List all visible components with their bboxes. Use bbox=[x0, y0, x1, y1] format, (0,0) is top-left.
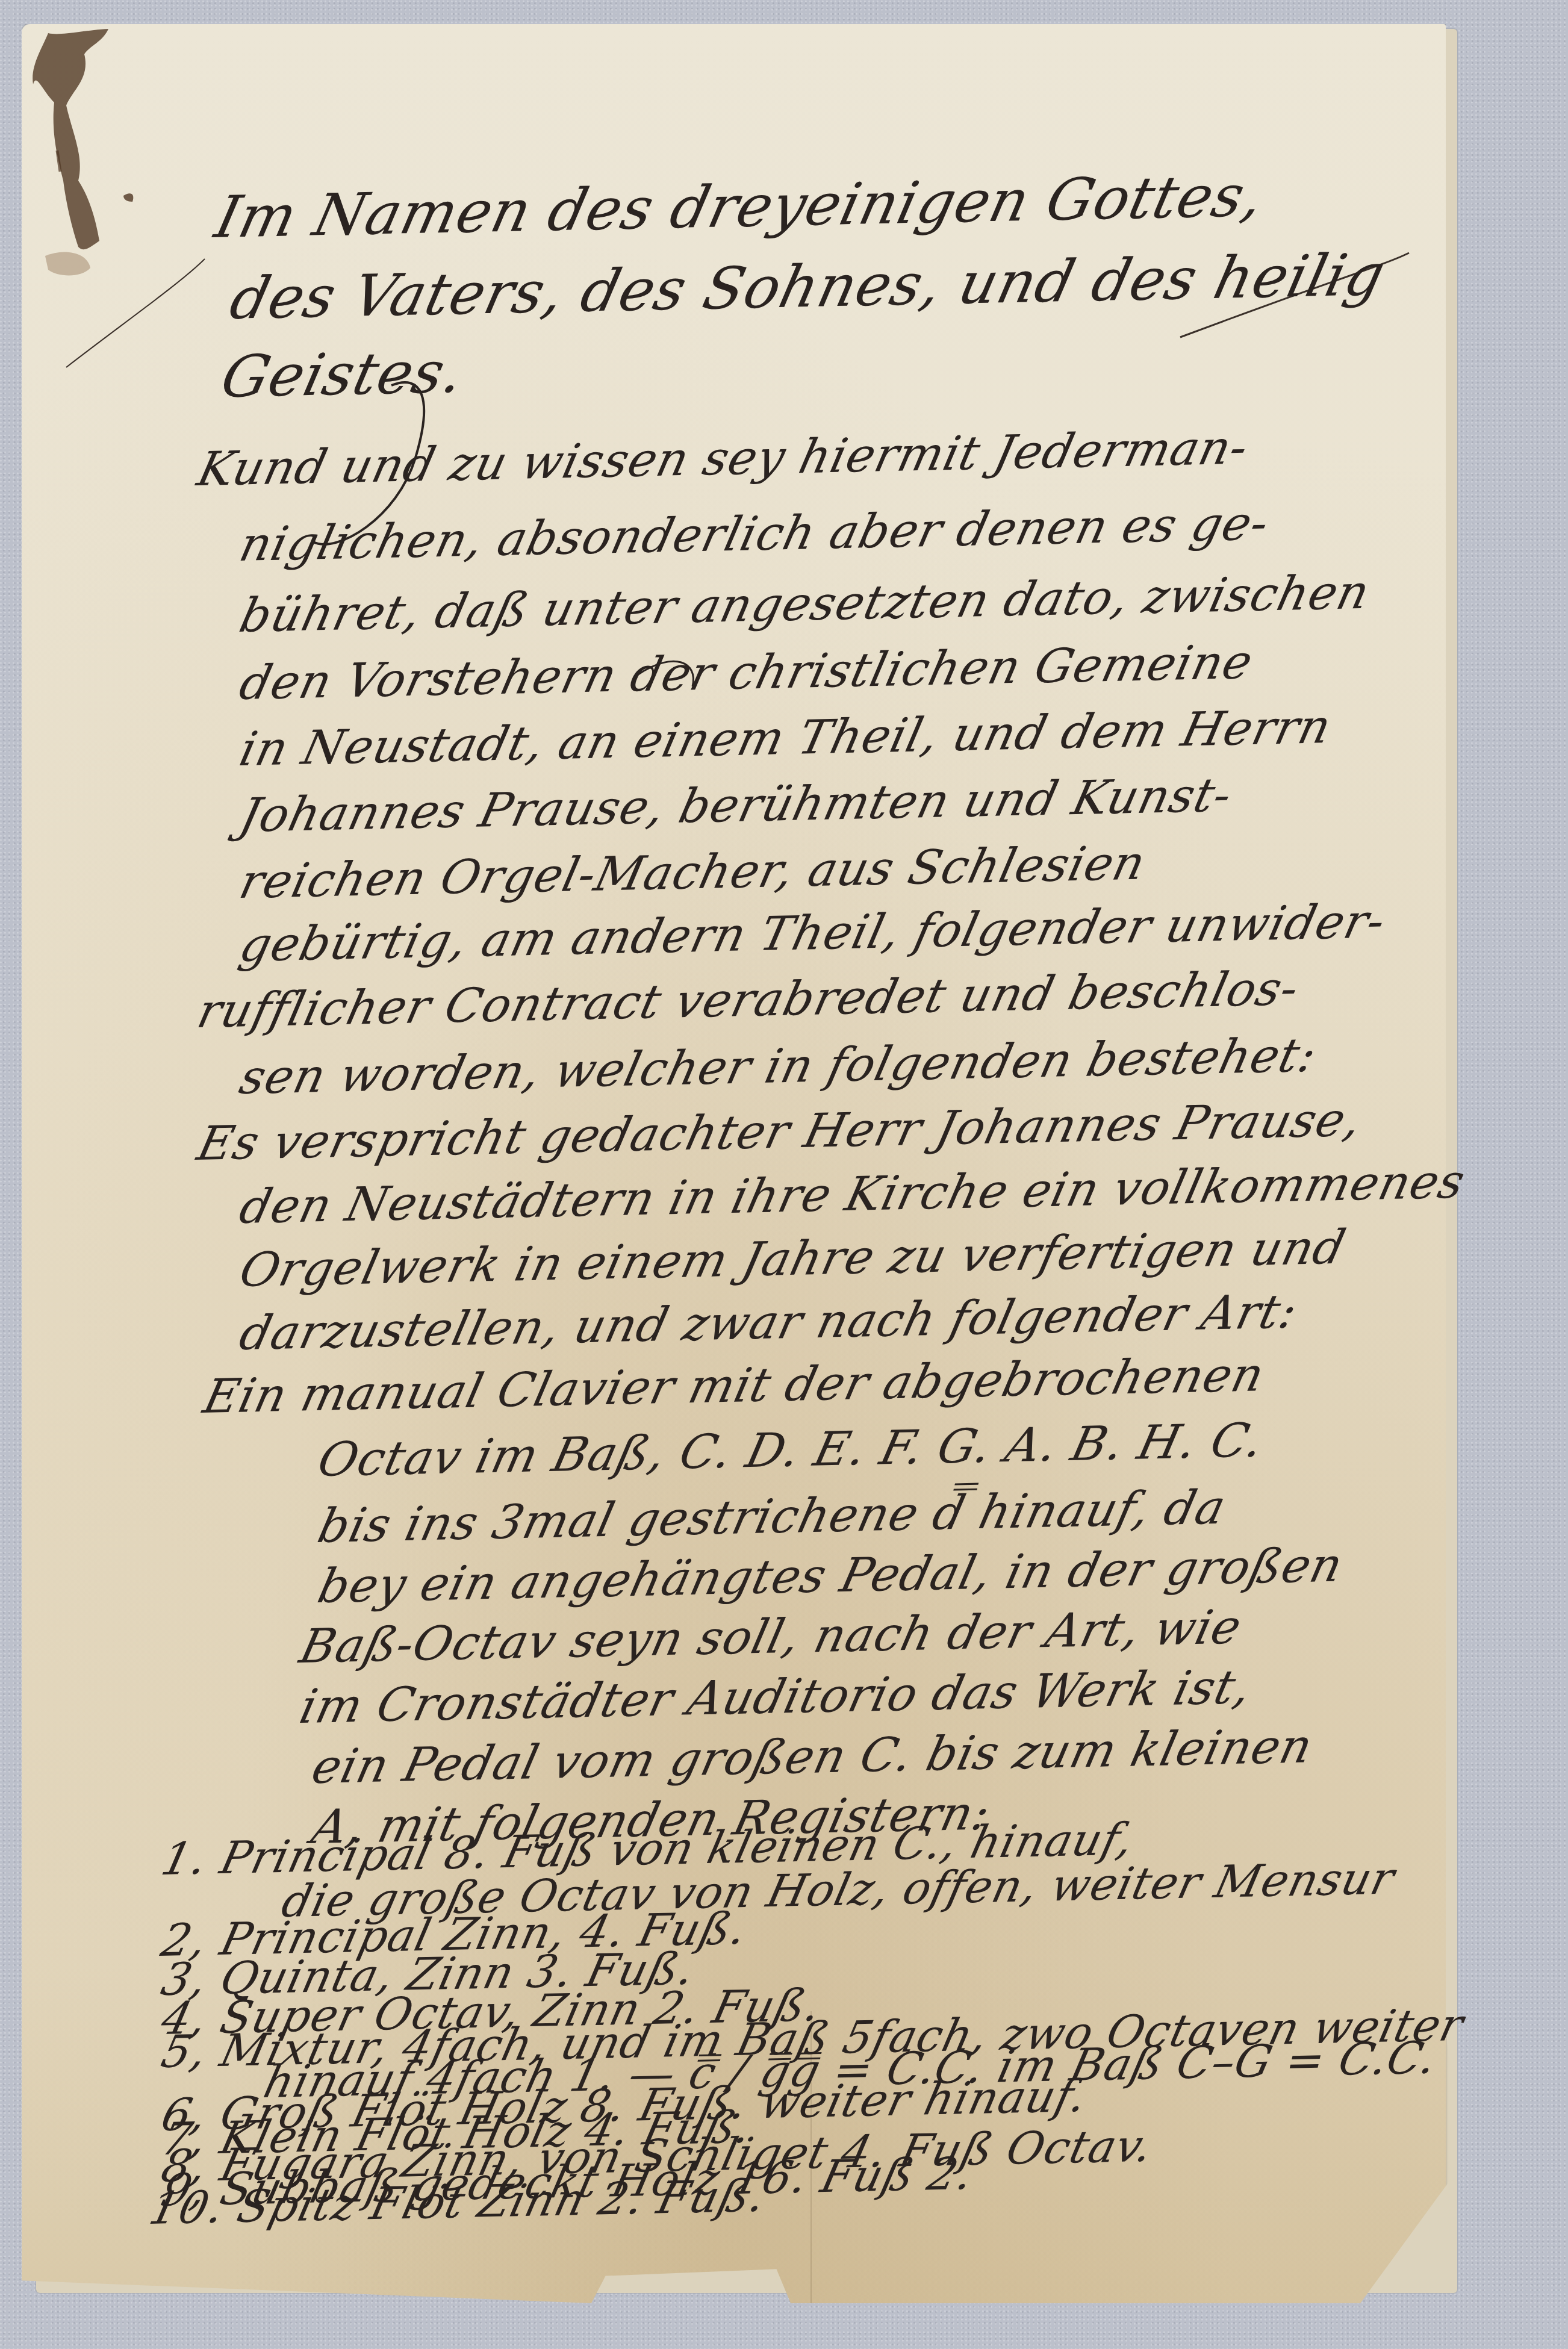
body-line: reichen Orgel-Macher, aus Schlesien bbox=[235, 836, 1151, 909]
body-line: rufflicher Contract verabredet und besch… bbox=[193, 962, 1304, 1039]
body-line: Orgelwerk in einem Jahre zu verfertigen … bbox=[235, 1221, 1351, 1298]
body-line: Johannes Prause, berühmten und Kunst- bbox=[235, 768, 1237, 843]
body-line: den Vorstehern der christlichen Gemeine bbox=[235, 635, 1258, 711]
body-line: Kund und zu wissen sey hiermit Jederman- bbox=[193, 421, 1254, 497]
invocation-line: des Vaters, des Sohnes, und des heilig bbox=[224, 241, 1392, 332]
body-line: niglichen, absonderlich aber denen es ge… bbox=[235, 496, 1274, 572]
body-line: bühret, daß unter angesetzten dato, zwis… bbox=[235, 565, 1375, 643]
body-line: Octav im Baß, C. D. E. F. G. A. B. H. C. bbox=[313, 1413, 1269, 1487]
register-number: 1. bbox=[157, 1832, 213, 1885]
body-line: bis ins 3mal gestrichene d̿ hinauf, da bbox=[313, 1481, 1231, 1554]
body-line: Es verspricht gedachter Herr Johannes Pr… bbox=[193, 1093, 1367, 1171]
register-text: Spitz Flöt Zinn 2. Fuß. bbox=[232, 2170, 771, 2233]
manuscript-text: Im Namen des dreyeinigen Gottes, des Vat… bbox=[0, 0, 1568, 2349]
body-line: Ein manual Clavier mit der abgebrochenen bbox=[199, 1348, 1269, 1424]
body-line: in Neustadt, an einem Theil, und dem Her… bbox=[235, 700, 1337, 777]
register-number: 10. bbox=[145, 2181, 229, 2235]
body-line: gebürtig, am andern Theil, folgender unw… bbox=[235, 894, 1391, 972]
invocation-line: Im Namen des dreyeinigen Gottes, bbox=[209, 162, 1270, 251]
body-line: sen worden, welcher in folgenden bestehe… bbox=[235, 1028, 1322, 1105]
invocation-line: Geistes. bbox=[215, 338, 470, 411]
body-line: darzustellen, und zwar nach folgender Ar… bbox=[235, 1284, 1302, 1361]
